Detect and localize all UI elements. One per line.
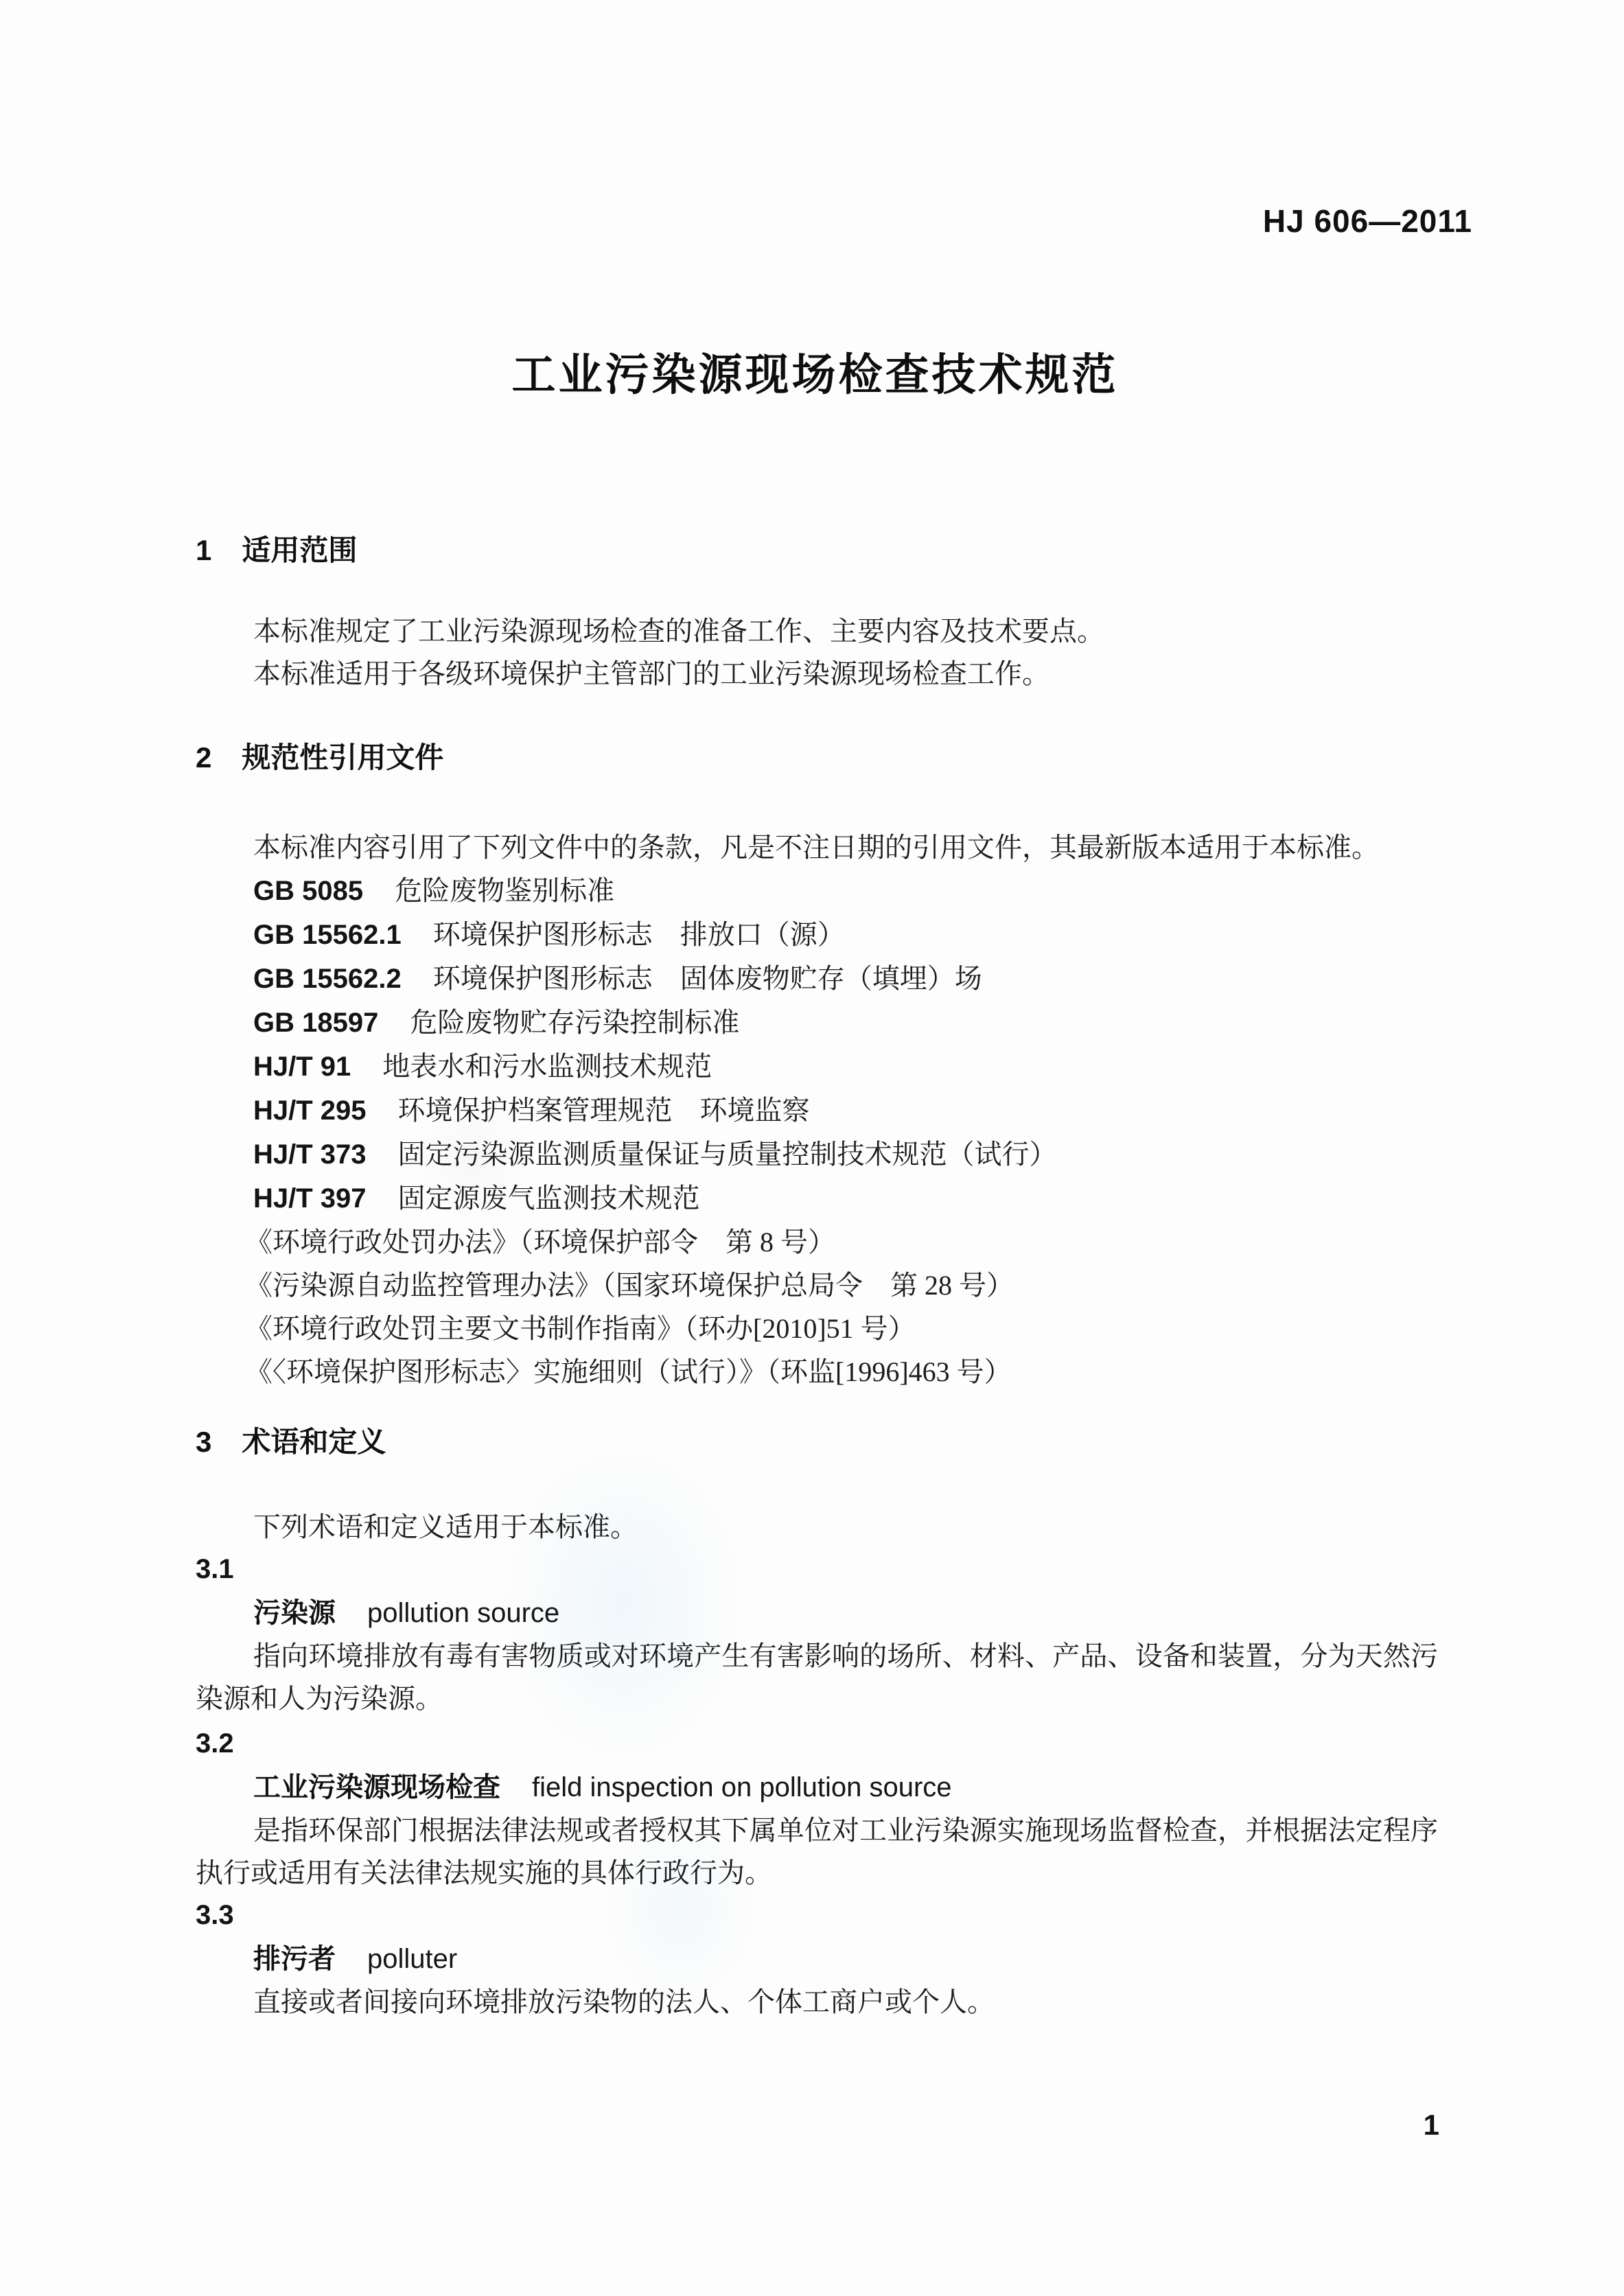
term-number: 3.2	[196, 1721, 1438, 1765]
paragraph: 本标准适用于各级环境保护主管部门的工业污染源现场检查工作。	[196, 653, 1438, 695]
term-name-en: polluter	[367, 1944, 457, 1974]
cited-document: 《环境行政处罚办法》（环境保护部令 第 8 号）	[196, 1220, 1438, 1264]
term-3-1: 3.1 污染源pollution source 指向环境排放有毒有害物质或对环境…	[196, 1547, 1438, 1720]
term-number: 3.1	[196, 1547, 1438, 1591]
section-2-intro: 本标准内容引用了下列文件中的条款，凡是不注日期的引用文件，其最新版本适用于本标准…	[196, 826, 1438, 869]
reference-item: GB 18597危险废物贮存污染控制标准	[196, 1001, 1438, 1045]
reference-name: 环境保护档案管理规范 环境监察	[398, 1095, 810, 1126]
reference-item: HJ/T 295环境保护档案管理规范 环境监察	[196, 1089, 1438, 1133]
term-name-en: pollution source	[367, 1598, 559, 1628]
cited-document: 《〈环境保护图形标志〉实施细则（试行）》（环监[1996]463 号）	[196, 1350, 1438, 1393]
reference-list: GB 5085危险废物鉴别标准 GB 15562.1环境保护图形标志 排放口（源…	[196, 869, 1438, 1393]
term-name-zh: 污染源	[253, 1598, 336, 1628]
page-number: 1	[196, 2109, 1439, 2142]
reference-item: HJ/T 91地表水和污水监测技术规范	[196, 1045, 1438, 1089]
document-page: HJ 606—2011 工业污染源现场检查技术规范 1适用范围 本标准规定了工业…	[0, 0, 1624, 2296]
paragraph: 本标准规定了工业污染源现场检查的准备工作、主要内容及技术要点。	[196, 610, 1438, 653]
paragraph: 下列术语和定义适用于本标准。	[196, 1506, 1438, 1549]
reference-item: GB 5085危险废物鉴别标准	[196, 869, 1438, 913]
term-definition: 是指环保部门根据法律法规或者授权其下属单位对工业污染源实施现场监督检查，并根据法…	[196, 1809, 1438, 1894]
reference-name: 环境保护图形标志 固体废物贮存（填埋）场	[433, 963, 982, 994]
reference-code: HJ/T 397	[253, 1177, 367, 1220]
term-name-zh: 工业污染源现场检查	[253, 1772, 500, 1802]
reference-item: HJ/T 373固定污染源监测质量保证与质量控制技术规范（试行）	[196, 1133, 1438, 1176]
term-name-en: field inspection on pollution source	[532, 1772, 952, 1802]
section-2-heading: 2规范性引用文件	[196, 740, 1435, 776]
section-1-body: 本标准规定了工业污染源现场检查的准备工作、主要内容及技术要点。 本标准适用于各级…	[196, 610, 1438, 695]
reference-name: 危险废物鉴别标准	[395, 875, 614, 906]
section-1-number: 1	[196, 533, 211, 568]
document-title: 工业污染源现场检查技术规范	[196, 350, 1435, 399]
term-number: 3.3	[196, 1893, 1438, 1937]
section-1-heading: 1适用范围	[196, 533, 1435, 568]
reference-name: 危险废物贮存污染控制标准	[410, 1007, 739, 1038]
term-title: 污染源pollution source	[196, 1591, 1438, 1635]
section-3-number: 3	[196, 1424, 211, 1460]
term-3-2: 3.2 工业污染源现场检查field inspection on polluti…	[196, 1721, 1438, 1894]
reference-item: GB 15562.1环境保护图形标志 排放口（源）	[196, 913, 1438, 957]
section-3-title: 术语和定义	[242, 1426, 386, 1458]
reference-item: GB 15562.2环境保护图形标志 固体废物贮存（填埋）场	[196, 957, 1438, 1001]
section-3-intro: 下列术语和定义适用于本标准。	[196, 1506, 1438, 1549]
term-title: 排污者polluter	[196, 1937, 1438, 1981]
reference-code: HJ/T 295	[253, 1089, 367, 1133]
section-2-title: 规范性引用文件	[242, 741, 443, 774]
term-definition: 直接或者间接向环境排放污染物的法人、个体工商户或个人。	[196, 1981, 1438, 2024]
reference-code: GB 5085	[253, 870, 363, 913]
reference-code: GB 15562.1	[253, 914, 402, 957]
reference-code: GB 18597	[253, 1001, 378, 1045]
reference-item: HJ/T 397固定源废气监测技术规范	[196, 1176, 1438, 1220]
cited-document: 《污染源自动监控管理办法》（国家环境保护总局令 第 28 号）	[196, 1264, 1438, 1307]
cited-document: 《环境行政处罚主要文书制作指南》（环办[2010]51 号）	[196, 1307, 1438, 1350]
reference-name: 地表水和污水监测技术规范	[382, 1051, 712, 1082]
reference-name: 环境保护图形标志 排放口（源）	[433, 919, 845, 950]
reference-code: HJ/T 373	[253, 1133, 367, 1176]
section-1-title: 适用范围	[242, 534, 357, 566]
reference-code: GB 15562.2	[253, 958, 402, 1001]
section-2-number: 2	[196, 740, 211, 776]
term-name-zh: 排污者	[253, 1944, 336, 1974]
reference-name: 固定污染源监测质量保证与质量控制技术规范（试行）	[398, 1139, 1057, 1170]
standard-code: HJ 606—2011	[196, 203, 1472, 239]
section-3-heading: 3术语和定义	[196, 1424, 1435, 1460]
paragraph: 本标准内容引用了下列文件中的条款，凡是不注日期的引用文件，其最新版本适用于本标准…	[196, 826, 1438, 869]
term-title: 工业污染源现场检查field inspection on pollution s…	[196, 1765, 1438, 1809]
reference-code: HJ/T 91	[253, 1045, 351, 1089]
reference-name: 固定源废气监测技术规范	[398, 1183, 700, 1214]
term-3-3: 3.3 排污者polluter 直接或者间接向环境排放污染物的法人、个体工商户或…	[196, 1893, 1438, 2024]
term-definition: 指向环境排放有毒有害物质或对环境产生有害影响的场所、材料、产品、设备和装置，分为…	[196, 1635, 1438, 1720]
